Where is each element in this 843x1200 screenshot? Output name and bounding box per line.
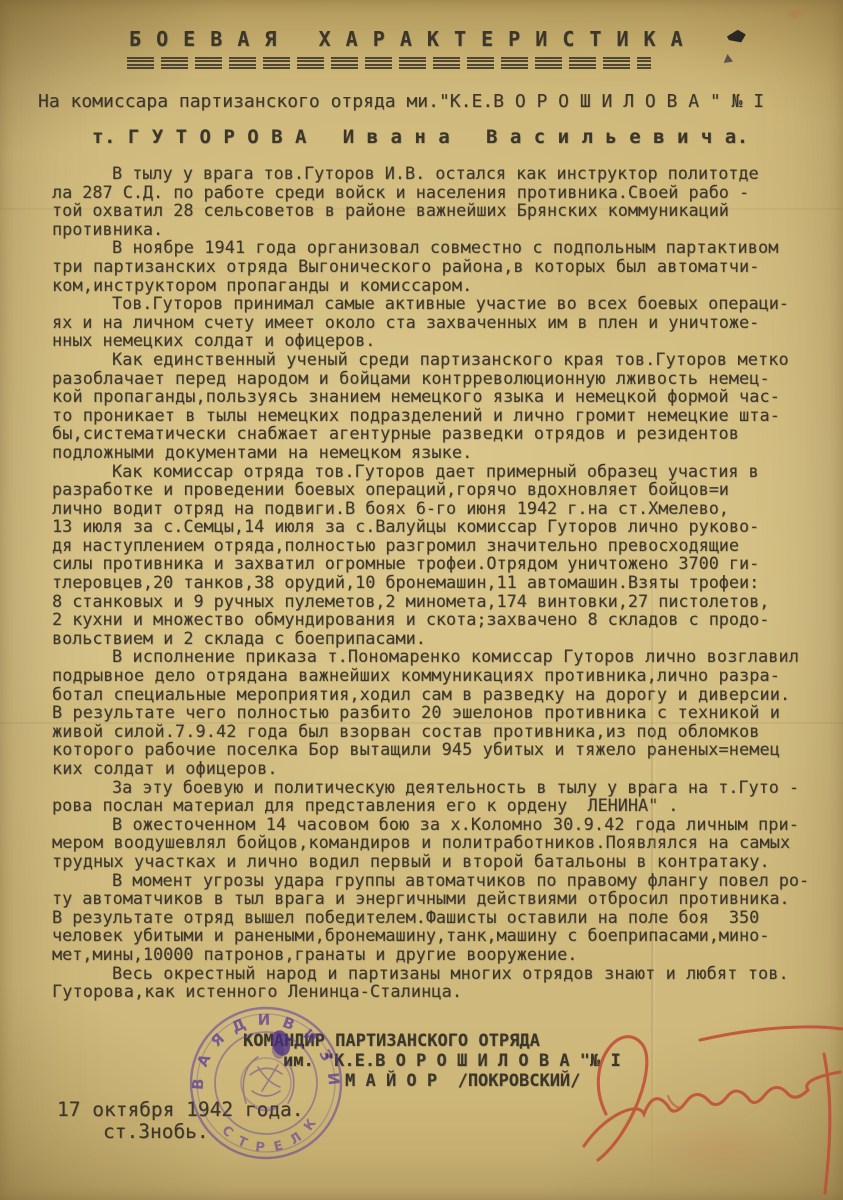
text-line: ях и на личном счету имеет около ста зах… <box>52 313 832 332</box>
title-underline-dashes <box>127 57 651 70</box>
text-line: тлеровцев,20 танков,38 орудий,10 бронема… <box>52 573 832 592</box>
document-title: Б О Е В А Я Х А Р А К Т Е Р И С Т И К А <box>129 27 684 51</box>
text-line: В ноябре 1941 года организовал совместно… <box>52 238 832 257</box>
text-line: В результате чего полностью разбито 20 э… <box>52 703 832 722</box>
text-line: живой силой.7.9.42 года был взорван сост… <box>52 722 832 741</box>
red-speck <box>782 6 808 22</box>
text-line: 8 станковых и 9 ручных пулеметов,2 мином… <box>52 592 832 611</box>
text-line: В результате отряд вышел победителем.Фаш… <box>52 908 832 927</box>
document-body: В тылу у врага тов.Гуторов И.В. остался … <box>52 164 832 1001</box>
text-line: трудных участках и лично водил первый и … <box>52 852 832 871</box>
text-line: разоблачает перед народом и бойцами конт… <box>52 369 832 388</box>
text-line: 2 кухни и множество обмундирования и ско… <box>52 610 832 629</box>
text-line: ту автоматчиков в тыл врага и энергичным… <box>52 889 832 908</box>
text-line: противника. <box>52 220 832 239</box>
paper-crease-horizontal <box>0 722 843 724</box>
hammer-and-sickle-emblem-icon <box>241 1057 294 1111</box>
text-line: три партизанских отряда Выгонического ра… <box>52 257 832 276</box>
text-line: дя наступлением отряда,полностью разгром… <box>52 536 832 555</box>
text-line: той охватил 28 сельсоветов в районе важн… <box>52 201 832 220</box>
paragraph: Как комиссар отряда тов.Гуторов дает при… <box>52 462 832 648</box>
text-line: Как единственный ученый среди партизанск… <box>52 350 832 369</box>
document-page: Б О Е В А Я Х А Р А К Т Е Р И С Т И К А … <box>0 0 843 1200</box>
text-line: нных немецких солдат и офицеров. <box>52 331 832 350</box>
text-line: подрывное дело отрядана важнейших коммун… <box>52 666 832 685</box>
document-subject-name: т. Г У Т О Р О В А И в а н а В а с и л ь… <box>92 126 749 148</box>
document-subject-line: На комиссара партизанского отряда ми."К.… <box>38 91 764 112</box>
text-line: то проникает в тылы немецких подразделен… <box>52 406 832 425</box>
text-line: ла 287 С.Д. по работе среди войск и насе… <box>52 183 832 202</box>
text-line: За эту боевую и политическую деятельност… <box>52 778 832 797</box>
text-line: Как комиссар отряда тов.Гуторов дает при… <box>52 462 832 481</box>
text-line: лично водит отряд на подвиги.В боях 6-го… <box>52 499 832 518</box>
paragraph: В тылу у врага тов.Гуторов И.В. остался … <box>52 164 832 238</box>
text-line: ком,инструктором пропаганды и комиссаром… <box>52 276 832 295</box>
paragraph: В ноябре 1941 года организовал совместно… <box>52 238 832 294</box>
text-line: которого рабочие поселка Бор вытащили 94… <box>52 740 832 759</box>
text-line: ботал специальные мероприятия,ходил сам … <box>52 685 832 704</box>
text-line: В момент угрозы удара группы автоматчико… <box>52 871 832 890</box>
text-line: 13 июля за с.Семцы,14 июля за с.Валуйцы … <box>52 517 832 536</box>
text-line: вольствием и 2 склада с боеприпасами. <box>52 629 832 648</box>
text-line: подложными документами на немецком языке… <box>52 443 832 462</box>
text-line: бы,систематически снабжает агентурные ра… <box>52 424 832 443</box>
paper-crease-horizontal-2 <box>0 208 843 210</box>
paragraph: В исполнение приказа т.Пономаренко комис… <box>52 647 832 777</box>
text-line: мет,мины,10000 патронов,гранаты и другие… <box>52 945 832 964</box>
text-line: В ожесточенном 14 часовом бою за х.Колом… <box>52 815 832 834</box>
paragraph: За эту боевую и политическую деятельност… <box>52 778 832 815</box>
text-line: мером воодушевлял бойцов,командиров и по… <box>52 833 832 852</box>
text-line: кой пропаганды,пользуясь знанием немецко… <box>52 387 832 406</box>
round-division-stamp: В А Я Д И В И З И С Т Р Е Л К <box>188 1003 348 1165</box>
text-line: рова послан материал для представления е… <box>52 796 832 815</box>
text-line: ких солдат и офицеров. <box>52 759 832 778</box>
text-line: В тылу у врага тов.Гуторов И.В. остался … <box>52 164 832 183</box>
text-line: силы противника и захватил огромные троф… <box>52 554 832 573</box>
ink-speck-mark <box>722 54 733 63</box>
text-line: Тов.Гуторов принимал самые активные учас… <box>52 294 832 313</box>
signature-block-rank: М А Й О Р /ПОКРОВСКИЙ/ <box>345 1071 580 1091</box>
handwritten-signature-pokrovsky <box>548 996 843 1200</box>
paragraph: Как единственный ученый среди партизанск… <box>52 350 832 462</box>
paragraph: В ожесточенном 14 часовом бою за х.Колом… <box>52 815 832 871</box>
text-line: Весь окрестный народ и партизаны многих … <box>52 964 832 983</box>
paragraph: Тов.Гуторов принимал самые активные учас… <box>52 294 832 350</box>
paragraph: В момент угрозы удара группы автоматчико… <box>52 871 832 964</box>
ink-blot-mark <box>726 29 747 45</box>
text-line: В исполнение приказа т.Пономаренко комис… <box>52 647 832 666</box>
text-line: человек убитыми и ранеными,бронемашину,т… <box>52 926 832 945</box>
text-line: разработке и проведении боевых операций,… <box>52 480 832 499</box>
